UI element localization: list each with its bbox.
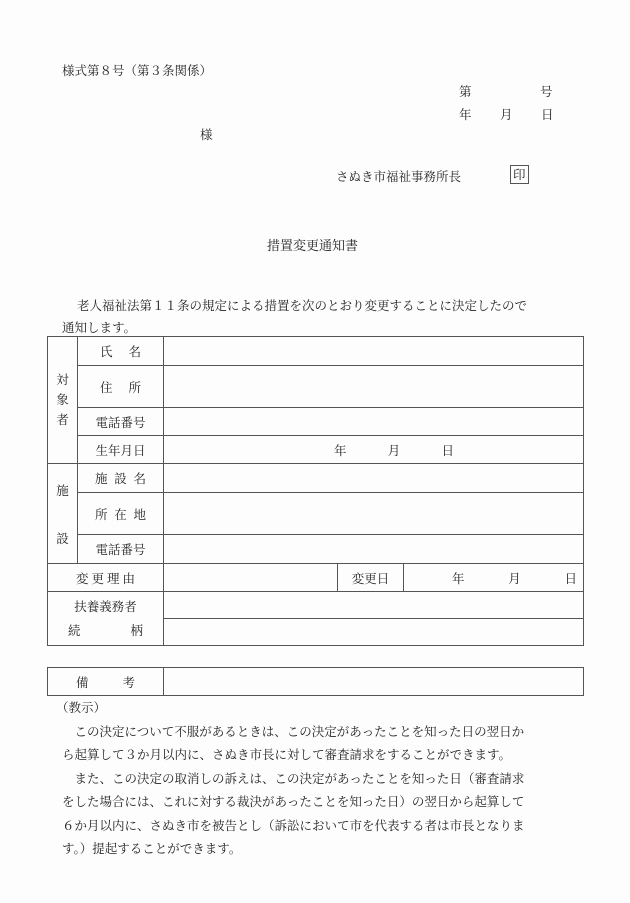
- intro-line-1: 老人福祉法第１１条の規定による措置を次のとおり変更することに決定したので: [77, 296, 527, 314]
- day-unit: 日: [441, 441, 454, 459]
- form-number: 様式第８号（第３条関係）: [62, 61, 212, 79]
- birthdate-field[interactable]: 年 月 日: [164, 436, 584, 464]
- address-label: 住所: [78, 366, 164, 408]
- address-field[interactable]: [164, 366, 584, 408]
- label-char: 理: [107, 569, 120, 587]
- intro-line-2: 通知します。: [62, 318, 136, 336]
- day-unit: 日: [565, 569, 578, 587]
- document-title: 措置変更通知書: [267, 235, 358, 254]
- facility-location-label: 所在地: [78, 493, 164, 535]
- subject-phone-label: 電話番号: [78, 408, 164, 436]
- label-char: 施: [95, 469, 108, 487]
- notice-heading: （教示）: [56, 696, 525, 720]
- seal-mark: 印: [510, 165, 529, 184]
- label-char: 在: [114, 505, 127, 523]
- label-char: 名: [133, 469, 146, 487]
- change-reason-label: 変 更 理 由: [48, 564, 164, 592]
- name-field[interactable]: [164, 337, 584, 366]
- label-char: 更: [91, 569, 104, 587]
- doc-number-prefix: 第: [459, 82, 472, 100]
- label-char: 柄: [130, 619, 143, 643]
- label-char: 変: [76, 569, 89, 587]
- appeal-notice: （教示） この決定について不服があるときは、この決定があったことを知った日の翌日…: [56, 696, 525, 861]
- change-reason-field[interactable]: [164, 564, 338, 592]
- date-day-label: 日: [541, 105, 554, 123]
- label-char: 由: [122, 569, 135, 587]
- notice-para1-line1: この決定について不服があるときは、この決定があったことを知った日の翌日か: [56, 720, 525, 744]
- label-char: 地: [133, 505, 146, 523]
- subject-group-char: 対: [48, 370, 77, 390]
- facility-group-char: 設: [48, 529, 77, 547]
- subject-group-char: 者: [48, 410, 77, 430]
- remarks-label: 備 考: [48, 668, 164, 696]
- remarks-table: 備 考: [47, 667, 584, 696]
- month-unit: 月: [388, 441, 401, 459]
- subject-group-char: 象: [48, 390, 77, 410]
- year-unit: 年: [334, 441, 347, 459]
- change-date-label: 変更日: [338, 564, 404, 592]
- name-label: 氏名: [78, 337, 164, 366]
- facility-group-label: 施 設: [48, 464, 78, 564]
- doc-number-suffix: 号: [540, 82, 553, 100]
- facility-name-label: 施設名: [78, 464, 164, 493]
- facility-phone-field[interactable]: [164, 535, 584, 564]
- facility-location-field[interactable]: [164, 493, 584, 535]
- guardian-field[interactable]: [164, 592, 584, 619]
- date-month-label: 月: [500, 105, 513, 123]
- label-char: 住: [100, 378, 113, 396]
- notice-para2-line1: また、この決定の取消しの訴えは、この決定があったことを知った日（審査請求: [56, 767, 525, 791]
- label-char: 続: [68, 619, 81, 643]
- remarks-field[interactable]: [164, 668, 584, 696]
- facility-phone-label: 電話番号: [78, 535, 164, 564]
- facility-group-char: 施: [48, 481, 77, 499]
- label-char: 所: [128, 378, 141, 396]
- notice-para2-line2: をした場合には、これに対する裁決があったことを知った日）の翌日から起算して: [56, 790, 525, 814]
- subject-group-label: 対 象 者: [48, 337, 78, 464]
- label-char: 所: [95, 505, 108, 523]
- guardian-label: 扶養義務者: [48, 595, 163, 619]
- label-char: 備: [76, 673, 89, 691]
- label-char: 氏: [100, 342, 113, 360]
- change-date-field[interactable]: 年 月 日: [404, 564, 584, 592]
- notice-para2-line4: す。）提起することができます。: [56, 837, 525, 861]
- facility-name-field[interactable]: [164, 464, 584, 493]
- notice-para1-line2: ら起算して３か月以内に、さぬき市長に対して審査請求をすることができます。: [56, 743, 525, 767]
- label-char: 設: [114, 469, 127, 487]
- date-year-label: 年: [459, 105, 472, 123]
- details-table: 対 象 者 氏名 住所 電話番号 生年月日 年 月 日 施 設 施設名 所在地: [47, 336, 584, 646]
- notice-para2-line3: ６か月以内に、さぬき市を被告とし（訴訟において市を代表する者は市長となりま: [56, 814, 525, 838]
- addressee-suffix: 様: [200, 125, 213, 143]
- subject-phone-field[interactable]: [164, 408, 584, 436]
- relation-field[interactable]: [164, 619, 584, 646]
- guardian-relation-label: 扶養義務者 続 柄: [48, 592, 164, 646]
- birthdate-label: 生年月日: [78, 436, 164, 464]
- month-unit: 月: [508, 569, 521, 587]
- issuer-name: さぬき市福祉事務所長: [336, 167, 461, 185]
- label-char: 考: [122, 673, 135, 691]
- seal-icon: 印: [510, 165, 529, 184]
- label-char: 名: [128, 342, 141, 360]
- year-unit: 年: [452, 569, 465, 587]
